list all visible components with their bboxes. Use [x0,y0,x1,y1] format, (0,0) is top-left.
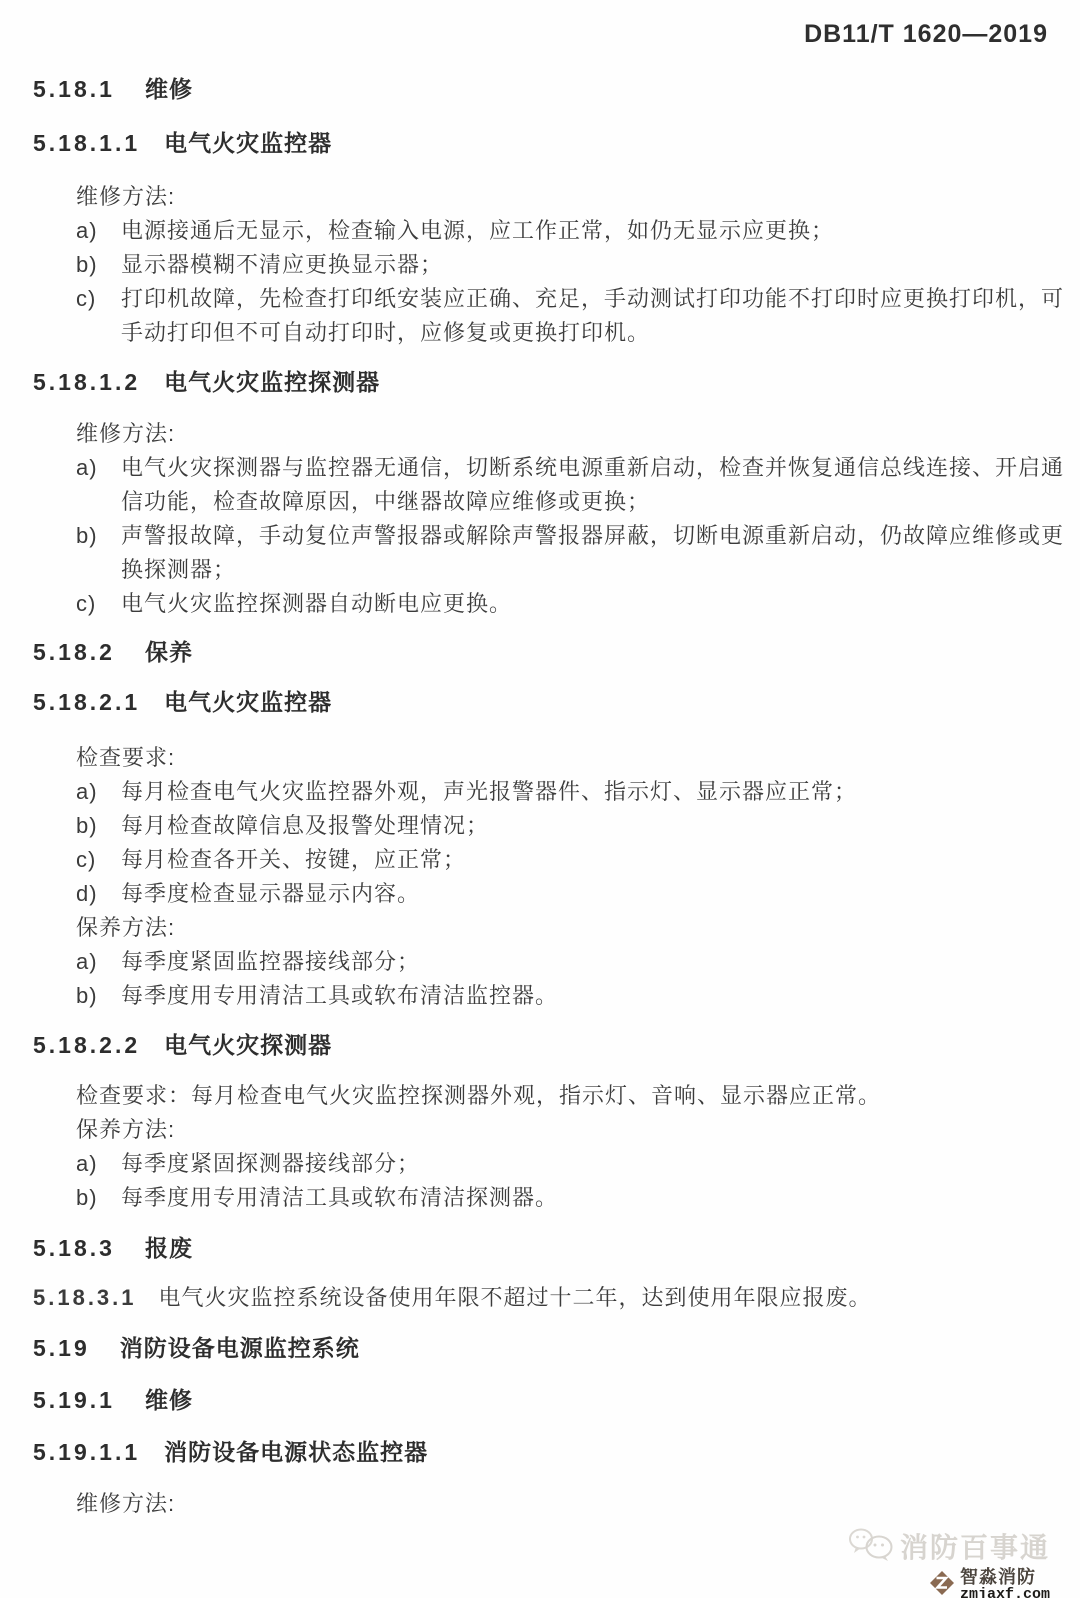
list-item-label: b) [76,519,121,553]
list-item-text: 每季度紧固监控器接线部分； [121,945,420,979]
watermark-logo: 智淼消防 zmjaxf.com [929,1568,1050,1598]
list-item: c)打印机故障，先检查打印纸安装应正确、充足，手动测试打印功能不打印时应更换打印… [33,282,1060,316]
document-content: 5.18.1维修 5.18.1.1电气火灾监控器 维修方法: a)电源接通后无显… [33,0,1060,1521]
heading-number: 5.18.3 [33,1235,115,1261]
heading-5-18-2-1: 5.18.2.1电气火灾监控器 [33,685,1060,719]
list-item: a)每季度紧固探测器接线部分； [33,1147,1060,1181]
body-text: 保养方法: [76,915,175,940]
list-item-text: 电源接通后无显示，检查输入电源，应工作正常，如仍无显示应更换； [121,214,834,248]
body-text: 维修方法: [76,184,175,209]
watermark-logo-url: zmjaxf.com [960,1587,1050,1598]
list-item: b)显示器模糊不清应更换显示器； [33,248,1060,282]
list-item-text: 每月检查故障信息及报警处理情况； [121,809,489,843]
heading-5-18-2: 5.18.2保养 [33,635,1060,669]
list-item-continuation: 手动打印但不可自动打印时，应修复或更换打印机。 [33,316,1060,350]
heading-5-19-1-1: 5.19.1.1消防设备电源状态监控器 [33,1435,1060,1469]
list-item-label: c) [76,587,121,621]
list-item-text: 每季度用专用清洁工具或软布清洁监控器。 [121,979,558,1013]
document-page: DB11/T 1620—2019 5.18.1维修 5.18.1.1电气火灾监控… [0,0,1080,1598]
list-item-text: 显示器模糊不清应更换显示器； [121,248,443,282]
heading-title: 电气火灾监控器 [164,130,332,156]
list-item-label: a) [76,214,121,248]
list-item-label: b) [76,809,121,843]
list-item-label: b) [76,248,121,282]
heading-title: 电气火灾监控器 [164,689,332,715]
list-item: c)电气火灾监控探测器自动断电应更换。 [33,587,1060,621]
heading-number: 5.19.1.1 [33,1439,140,1465]
heading-5-19-1: 5.19.1维修 [33,1383,1060,1417]
list-item-label: c) [76,843,121,877]
body-line: 维修方法: [33,180,1060,214]
clause-text: 电气火灾监控系统设备使用年限不超过十二年，达到使用年限应报废。 [159,1285,872,1310]
list-item-text: 换探测器； [121,557,236,582]
body-line: 维修方法: [33,1487,1060,1521]
list-item-label: d) [76,877,121,911]
heading-title: 消防设备电源状态监控器 [164,1439,428,1465]
heading-title: 消防设备电源监控系统 [120,1335,360,1361]
heading-5-18-3: 5.18.3报废 [33,1231,1060,1265]
heading-5-18-1: 5.18.1维修 [33,72,1060,106]
heading-title: 报废 [145,1235,193,1261]
heading-number: 5.18.1 [33,76,115,102]
list-item: a)每季度紧固监控器接线部分； [33,945,1060,979]
clause-5-18-3-1: 5.18.3.1电气火灾监控系统设备使用年限不超过十二年，达到使用年限应报废。 [33,1281,1060,1315]
heading-number: 5.18.1.1 [33,130,140,156]
list-item-label: a) [76,451,121,485]
body-line: 检查要求: [33,741,1060,775]
heading-5-18-1-1: 5.18.1.1电气火灾监控器 [33,126,1060,160]
heading-number: 5.18.1.2 [33,369,140,395]
body-line: 维修方法: [33,417,1060,451]
heading-5-19: 5.19消防设备电源监控系统 [33,1331,1060,1365]
body-line: 检查要求：每月检查电气火灾监控探测器外观，指示灯、音响、显示器应正常。 [33,1079,1060,1113]
heading-title: 维修 [145,76,193,102]
list-item: a)电源接通后无显示，检查输入电源，应工作正常，如仍无显示应更换； [33,214,1060,248]
list-item: b)每季度用专用清洁工具或软布清洁监控器。 [33,979,1060,1013]
list-item-label: a) [76,945,121,979]
body-text: 检查要求：每月检查电气火灾监控探测器外观，指示灯、音响、显示器应正常。 [76,1083,881,1108]
list-item-text: 每季度检查显示器显示内容。 [121,877,420,911]
watermark-brand: 消防百事通 [848,1526,1050,1566]
list-item-text: 打印机故障，先检查打印纸安装应正确、充足，手动测试打印功能不打印时应更换打印机，… [121,282,1064,316]
heading-title: 维修 [145,1387,193,1413]
list-item-text: 电气火灾探测器与监控器无通信，切断系统电源重新启动，检查并恢复通信总线连接、开启… [121,451,1064,485]
heading-title: 保养 [145,639,193,665]
diamond-z-logo-icon [929,1570,955,1598]
list-item-text: 每月检查各开关、按键，应正常； [121,843,466,877]
list-item: b)每月检查故障信息及报警处理情况； [33,809,1060,843]
list-item-label: a) [76,775,121,809]
heading-number: 5.19.1 [33,1387,115,1413]
list-item-continuation: 换探测器； [33,553,1060,587]
heading-title: 电气火灾监控探测器 [164,369,380,395]
list-item-text: 每季度紧固探测器接线部分； [121,1147,420,1181]
heading-5-18-1-2: 5.18.1.2电气火灾监控探测器 [33,365,1060,399]
list-item: b)每季度用专用清洁工具或软布清洁探测器。 [33,1181,1060,1215]
heading-number: 5.18.2.1 [33,689,140,715]
list-item-text: 信功能，检查故障原因，中继器故障应维修或更换； [121,489,650,514]
body-line: 保养方法: [33,1113,1060,1147]
clause-number: 5.18.3.1 [33,1285,137,1310]
list-item-text: 声警报故障，手动复位声警报器或解除声警报器屏蔽，切断电源重新启动，仍故障应维修或… [121,519,1064,553]
list-item-continuation: 信功能，检查故障原因，中继器故障应维修或更换； [33,485,1060,519]
body-text: 保养方法: [76,1117,175,1142]
body-line: 保养方法: [33,911,1060,945]
watermark-logo-title: 智淼消防 [960,1568,1036,1587]
list-item: b)声警报故障，手动复位声警报器或解除声警报器屏蔽，切断电源重新启动，仍故障应维… [33,519,1060,553]
list-item-label: c) [76,282,121,316]
heading-5-18-2-2: 5.18.2.2电气火灾探测器 [33,1028,1060,1062]
list-item: a)电气火灾探测器与监控器无通信，切断系统电源重新启动，检查并恢复通信总线连接、… [33,451,1060,485]
list-item-label: a) [76,1147,121,1181]
watermark-logo-text: 智淼消防 zmjaxf.com [960,1568,1050,1598]
body-text: 检查要求: [76,745,175,770]
list-item-label: b) [76,979,121,1013]
list-item-text: 电气火灾监控探测器自动断电应更换。 [121,587,512,621]
heading-number: 5.18.2.2 [33,1032,140,1058]
wechat-bubbles-icon [848,1527,894,1566]
list-item-text: 每季度用专用清洁工具或软布清洁探测器。 [121,1181,558,1215]
heading-number: 5.19 [33,1335,90,1361]
body-text: 维修方法: [76,1491,175,1516]
body-text: 维修方法: [76,421,175,446]
watermark: 消防百事通 智淼消防 zmjaxf.com [848,1526,1050,1598]
heading-number: 5.18.2 [33,639,115,665]
list-item: d)每季度检查显示器显示内容。 [33,877,1060,911]
list-item: c)每月检查各开关、按键，应正常； [33,843,1060,877]
list-item-text: 每月检查电气火灾监控器外观，声光报警器件、指示灯、显示器应正常； [121,775,857,809]
list-item: a)每月检查电气火灾监控器外观，声光报警器件、指示灯、显示器应正常； [33,775,1060,809]
list-item-label: b) [76,1181,121,1215]
list-item-text: 手动打印但不可自动打印时，应修复或更换打印机。 [121,320,650,345]
heading-title: 电气火灾探测器 [164,1032,332,1058]
watermark-brand-text: 消防百事通 [900,1526,1050,1566]
